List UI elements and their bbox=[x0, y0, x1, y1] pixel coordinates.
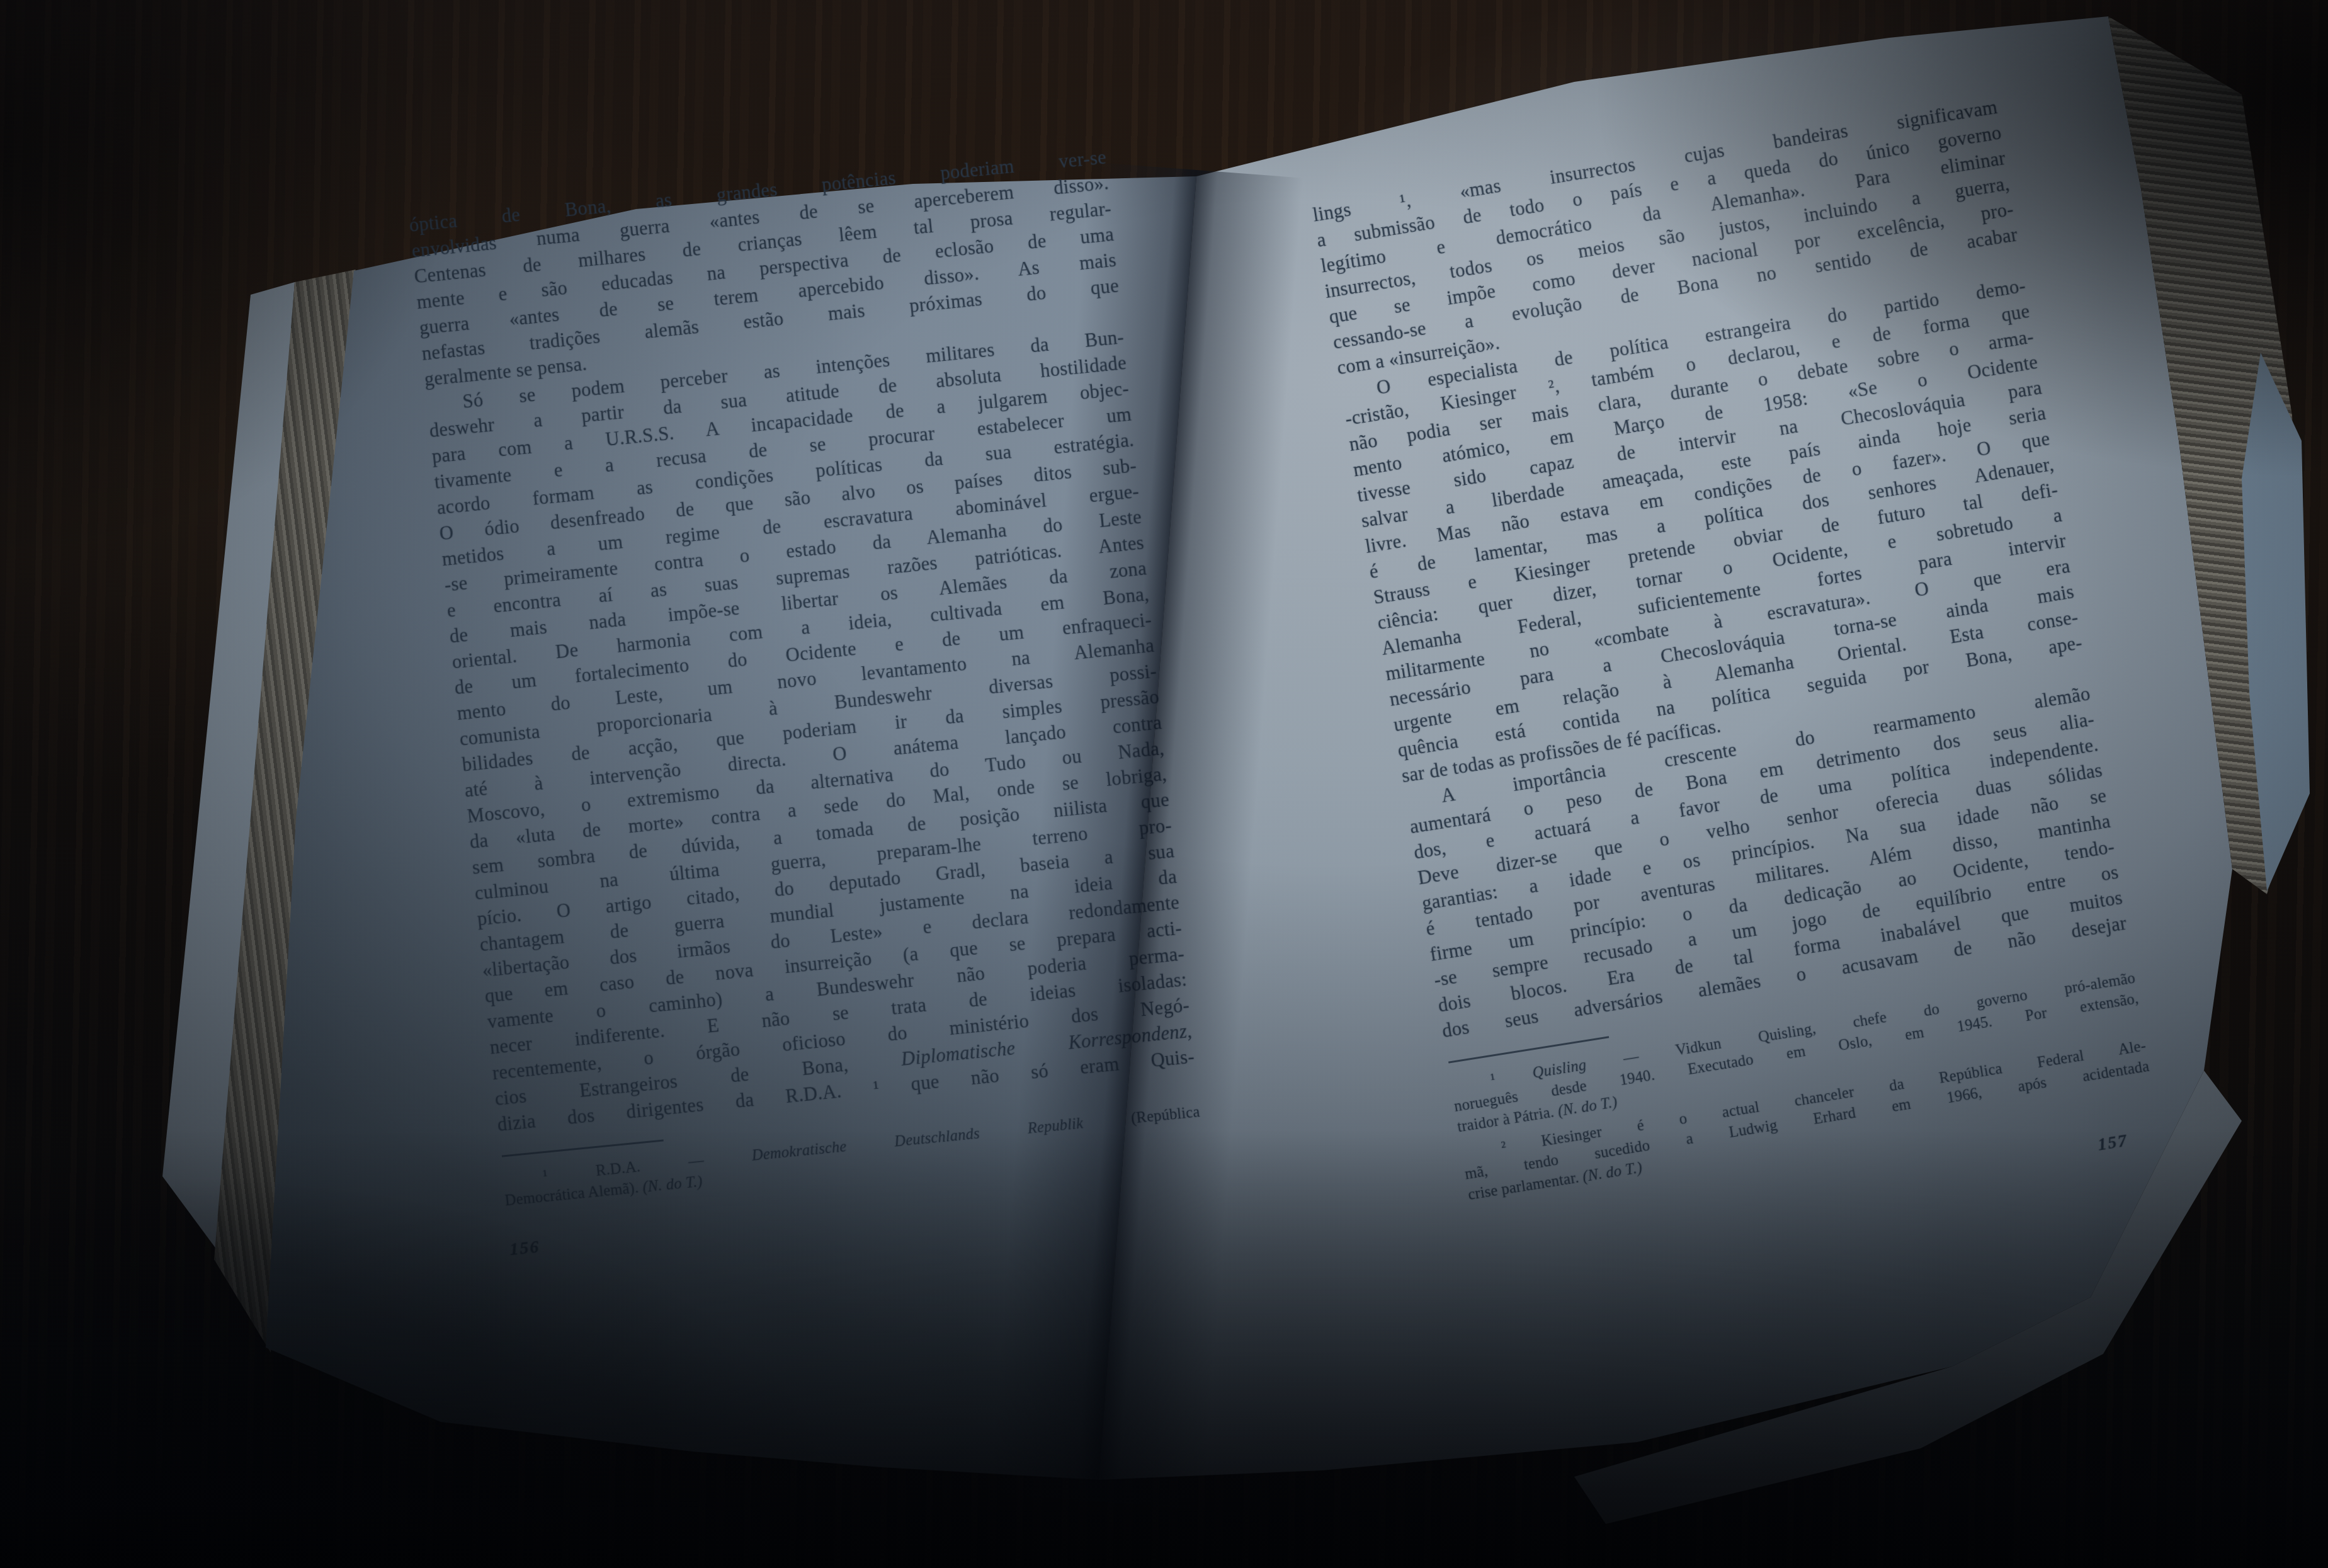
left-page-body: óptica de Bona, as grandes potências pod… bbox=[408, 144, 1196, 1137]
book-photo: óptica de Bona, as grandes potências pod… bbox=[0, 0, 2328, 1568]
left-page-text: óptica de Bona, as grandes potências pod… bbox=[408, 144, 1208, 1260]
right-page-body: lings ¹, «mas insurrectos cujas bandeira… bbox=[1311, 94, 2128, 1044]
paragraph: Só se podem perceber as intenções milita… bbox=[426, 324, 1196, 1138]
footnote-rule bbox=[502, 1139, 664, 1157]
